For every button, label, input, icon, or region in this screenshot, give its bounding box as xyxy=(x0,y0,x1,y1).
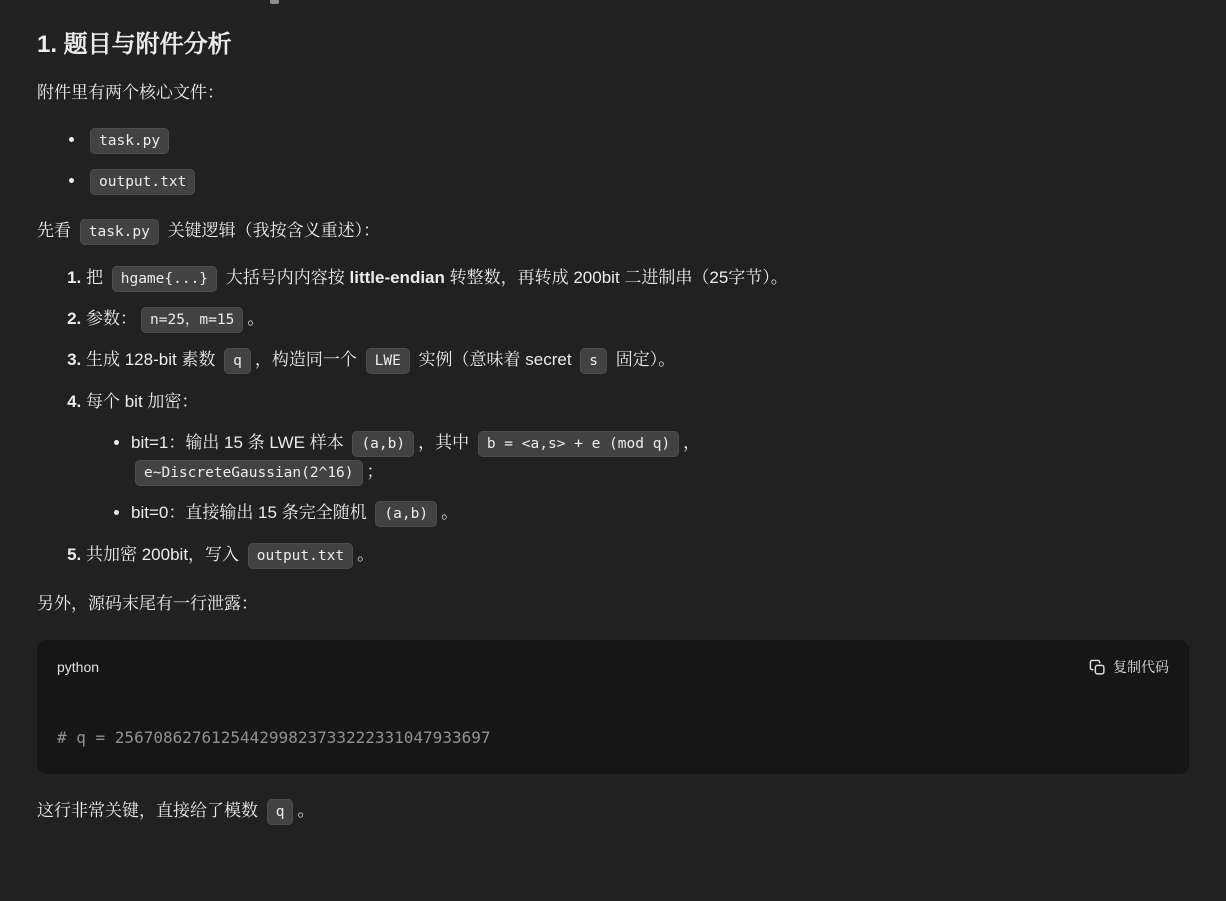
sub-steps-list: bit=1：输出 15 条 LWE 样本 (a,b)，其中 b = <a,s> … xyxy=(86,428,1189,528)
section-heading: 1. 题目与附件分析 xyxy=(37,30,1189,60)
inline-code: q xyxy=(224,348,251,374)
sub-step-item: bit=0：直接输出 15 条完全随机 (a,b)。 xyxy=(131,498,1189,527)
list-item-text: 把 hgame{...} 大括号内内容按 little-endian 转整数，再… xyxy=(86,268,788,287)
inline-code: b = <a,s> + e (mod q) xyxy=(478,431,679,457)
inline-code: q xyxy=(267,799,294,825)
step-item: 把 hgame{...} 大括号内内容按 little-endian 转整数，再… xyxy=(86,263,1189,292)
list-item-text: 参数：n=25，m=15。 xyxy=(86,309,264,328)
sub-step-item: bit=1：输出 15 条 LWE 样本 (a,b)，其中 b = <a,s> … xyxy=(131,428,1189,486)
file-list: task.py output.txt xyxy=(37,125,1189,195)
list-item-text: 生成 128-bit 素数 q，构造同一个 LWE 实例（意味着 secret … xyxy=(86,350,675,369)
code-block-header: python 复制代码 xyxy=(37,640,1189,677)
copy-code-button[interactable]: 复制代码 xyxy=(1089,657,1169,677)
inline-code: output.txt xyxy=(90,169,195,195)
step-item: 每个 bit 加密： bit=1：输出 15 条 LWE 样本 (a,b)，其中… xyxy=(86,387,1189,528)
assistant-message-content: 1. 题目与附件分析 附件里有两个核心文件： task.py output.tx… xyxy=(0,0,1226,873)
step-item: 共加密 200bit，写入 output.txt。 xyxy=(86,540,1189,569)
list-item-text: 共加密 200bit，写入 output.txt。 xyxy=(86,545,374,564)
paragraph-task-logic: 先看 task.py 关键逻辑（我按含义重述）： xyxy=(37,216,1189,245)
file-list-item: output.txt xyxy=(86,166,1189,195)
inline-code: task.py xyxy=(80,219,159,245)
inline-code: n=25，m=15 xyxy=(141,307,243,333)
step-item: 参数：n=25，m=15。 xyxy=(86,304,1189,333)
paragraph-intro: 附件里有两个核心文件： xyxy=(37,78,1189,107)
list-item-text: output.txt xyxy=(86,171,199,190)
paragraph-leak: 另外，源码末尾有一行泄露： xyxy=(37,589,1189,618)
list-item-text: bit=1：输出 15 条 LWE 样本 (a,b)，其中 b = <a,s> … xyxy=(131,433,700,481)
paragraph-final: 这行非常关键，直接给了模数 q。 xyxy=(37,796,1189,825)
list-item-text: task.py xyxy=(86,130,173,149)
inline-code: s xyxy=(580,348,607,374)
step-item: 生成 128-bit 素数 q，构造同一个 LWE 实例（意味着 secret … xyxy=(86,345,1189,374)
inline-code: e~DiscreteGaussian(2^16) xyxy=(135,460,363,486)
copy-code-label: 复制代码 xyxy=(1113,657,1169,677)
inline-code: output.txt xyxy=(248,543,353,569)
inline-code: task.py xyxy=(90,128,169,154)
copy-icon xyxy=(1089,659,1106,676)
steps-list: 把 hgame{...} 大括号内内容按 little-endian 转整数，再… xyxy=(37,263,1189,569)
code-block: python 复制代码 # q = 2567086276125442998237… xyxy=(37,640,1189,774)
code-language-label: python xyxy=(57,657,99,677)
bold-text: little-endian xyxy=(350,268,445,287)
code-content-area: # q = 2567086276125442998237332223310479… xyxy=(37,677,1189,774)
code-content: # q = 2567086276125442998237332223310479… xyxy=(57,728,490,747)
inline-code: (a,b) xyxy=(352,431,414,457)
file-list-item: task.py xyxy=(86,125,1189,154)
list-item-text: 每个 bit 加密： xyxy=(86,392,198,411)
inline-code: LWE xyxy=(366,348,410,374)
list-item-text: bit=0：直接输出 15 条完全随机 (a,b)。 xyxy=(131,503,458,522)
inline-code: (a,b) xyxy=(375,501,437,527)
inline-code: hgame{...} xyxy=(112,266,217,292)
